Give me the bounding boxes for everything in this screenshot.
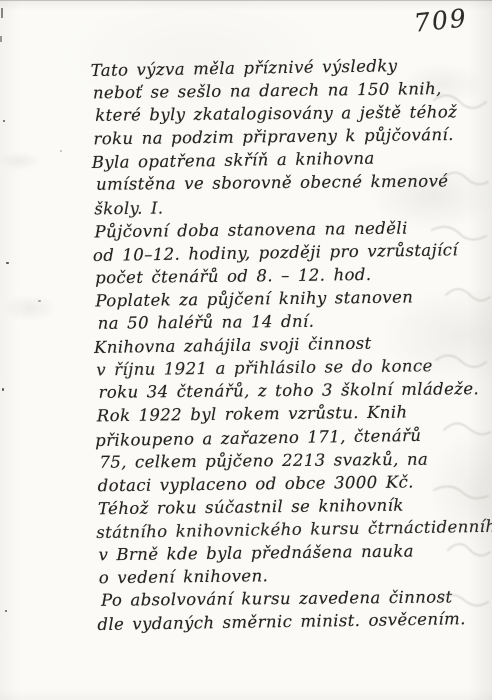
scan-artifact-left-dash: [1, 8, 3, 18]
scan-speck: [2, 388, 4, 391]
manuscript-line: umístěna ve sborovně obecné kmenové: [96, 170, 476, 197]
scan-speck: [5, 610, 7, 612]
scan-speck: [6, 262, 9, 264]
page-number: 709: [413, 3, 469, 37]
manuscript-line: které byly zkatalogisovány a ještě téhož: [95, 100, 475, 127]
scan-speck: [60, 150, 62, 152]
scanned-manuscript-page: 709 Tato výzva měla příznivé výsledky ne…: [0, 0, 492, 700]
scan-speck: [3, 120, 5, 122]
scan-speck: [38, 300, 41, 302]
scan-artifact-left-dash: [0, 36, 2, 42]
manuscript-line: dle vydaných směrnic minist. osvěcením.: [97, 607, 477, 636]
scan-artifact-top-edge: [0, 0, 492, 1]
ink-bleed-through: [422, 60, 492, 620]
